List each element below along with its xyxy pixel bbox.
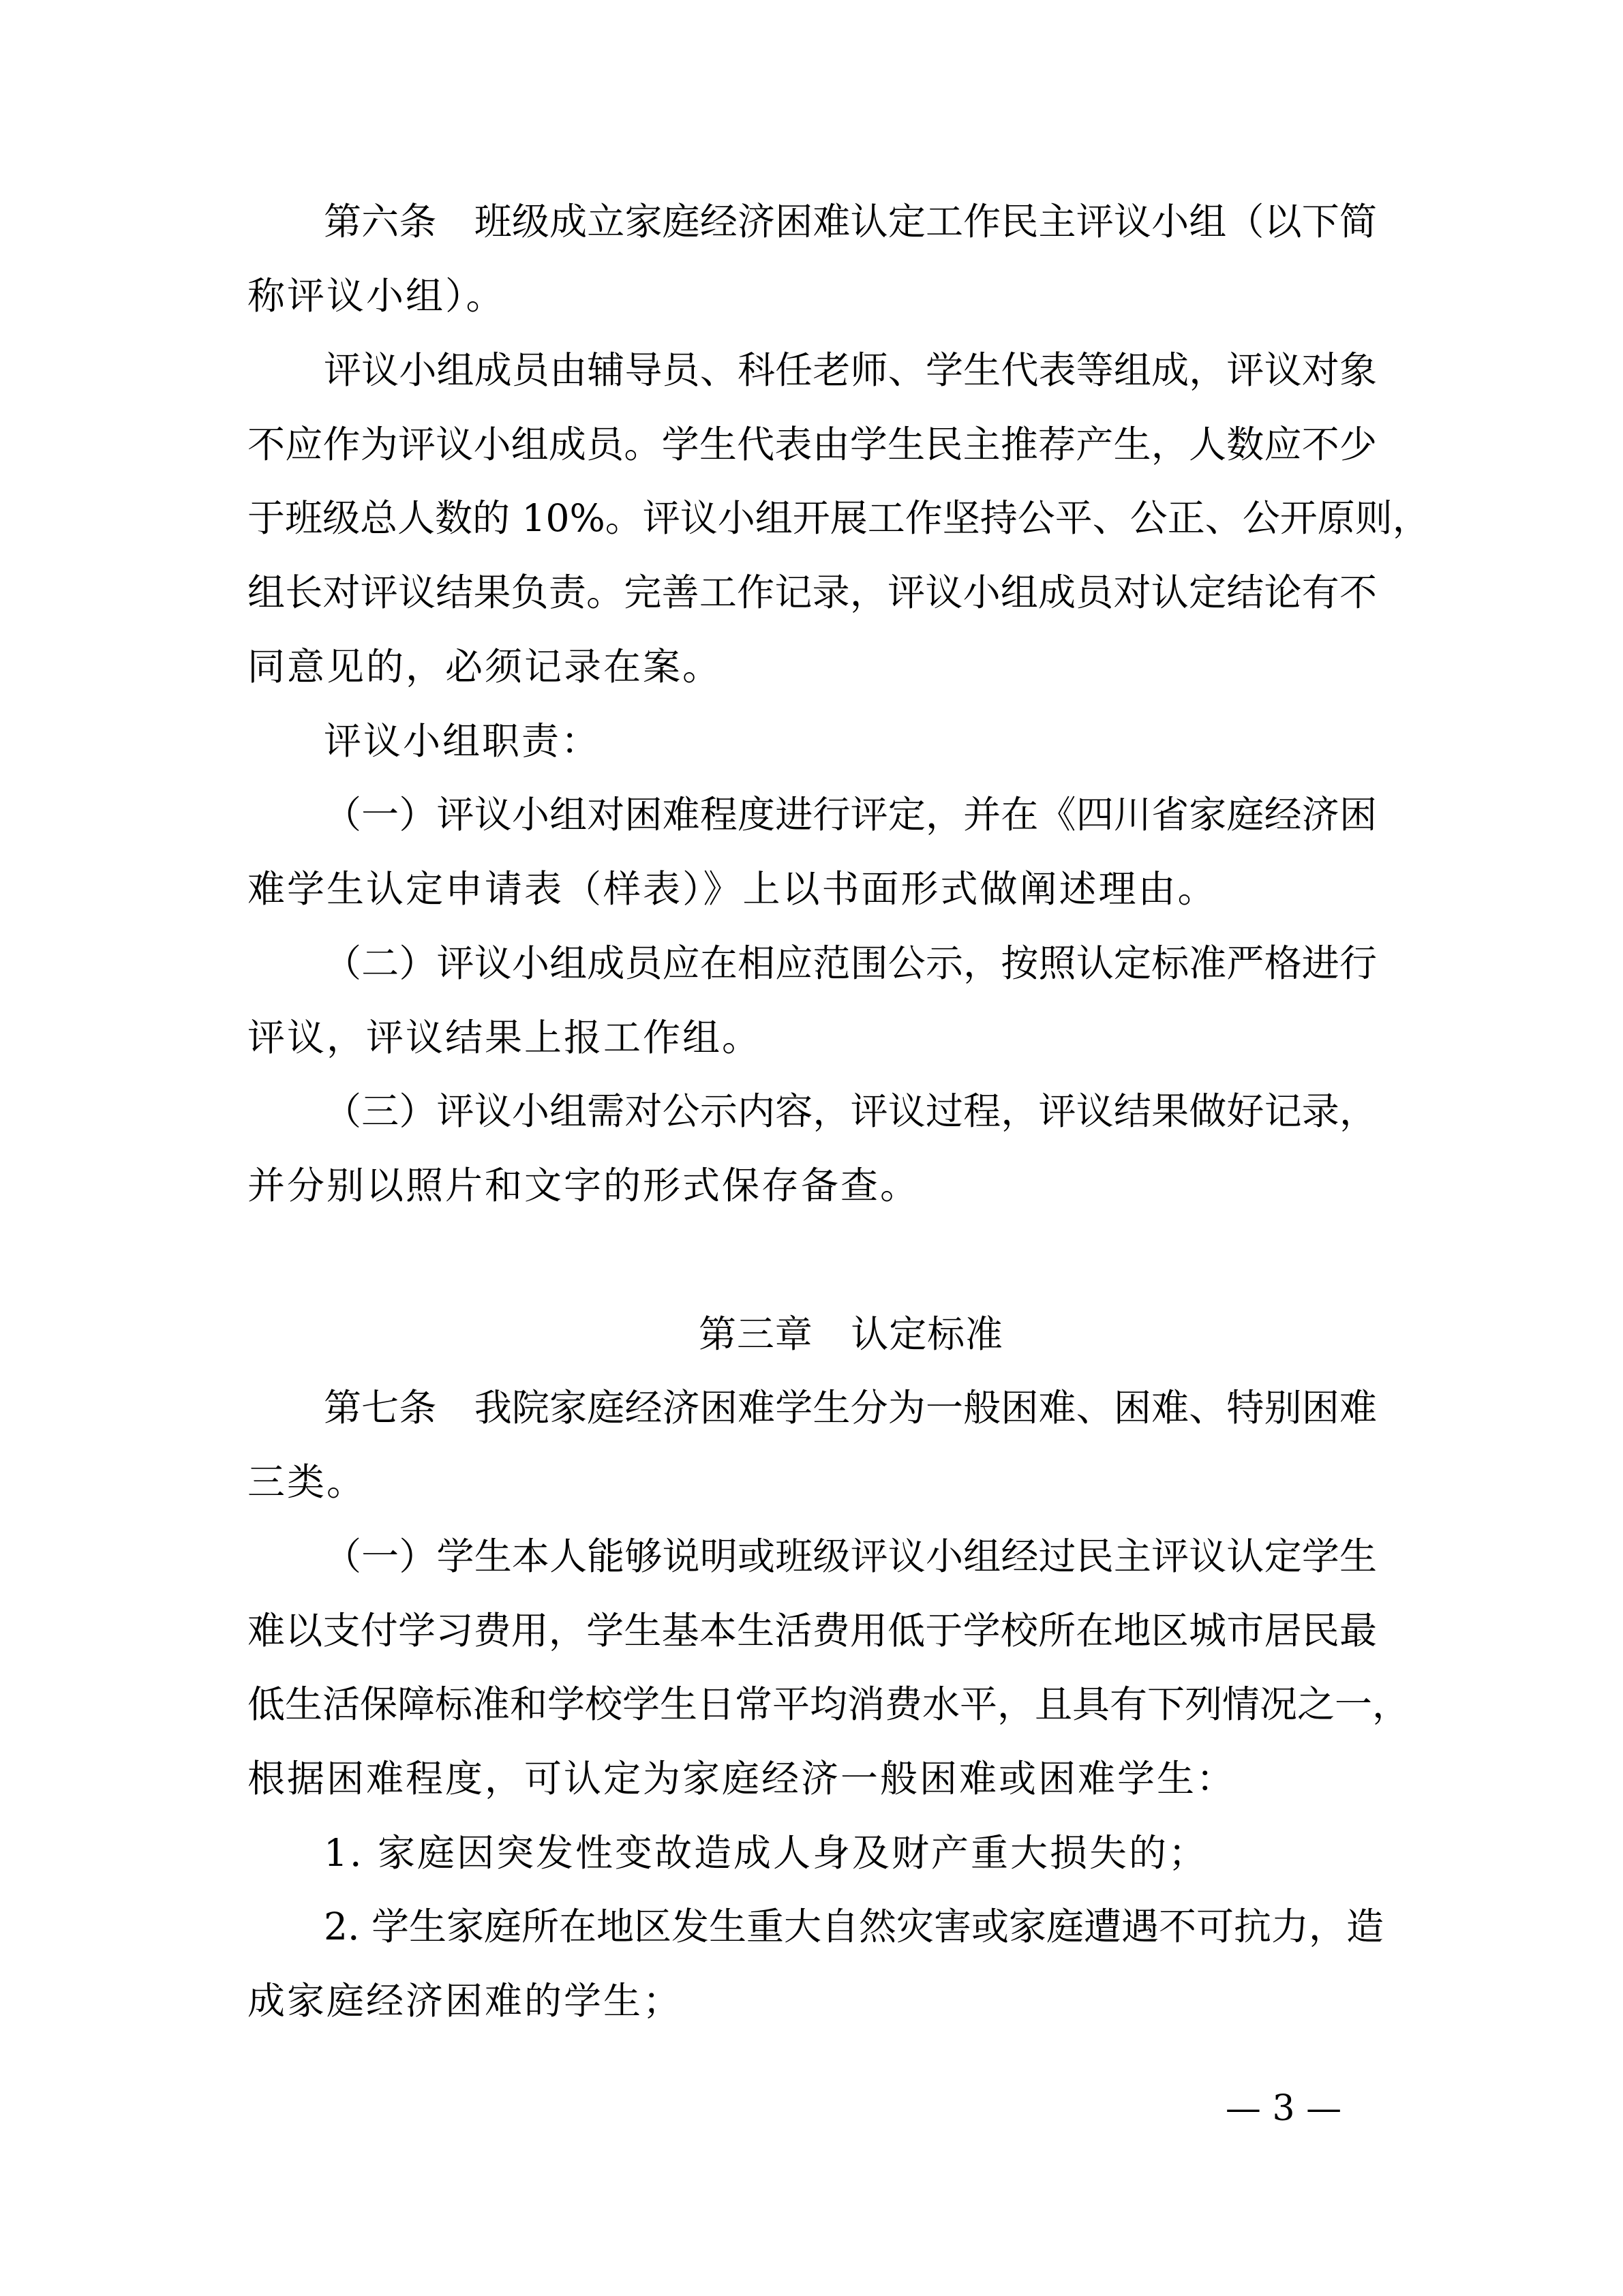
- article-6-line-2: 称评议小组）。: [247, 259, 1377, 333]
- document-page: 第六条 班级成立家庭经济困难认定工作民主评议小组（以下简 称评议小组）。 评议小…: [0, 0, 1623, 2296]
- duties-heading: 评议小组职责：: [247, 704, 1377, 778]
- paragraph-members-line-4: 组长对评议结果负责。完善工作记录，评议小组成员对认定结论有不: [247, 556, 1377, 629]
- criteria-1-line-4: 根据困难程度，可认定为家庭经济一般困难或困难学生：: [247, 1742, 1377, 1815]
- article-7-line-1: 第七条 我院家庭经济困难学生分为一般困难、困难、特别困难: [247, 1371, 1377, 1445]
- duty-1-line-1: （一）评议小组对困难程度进行评定，并在《四川省家庭经济困: [247, 778, 1377, 851]
- duty-2-line-1: （二）评议小组成员应在相应范围公示，按照认定标准严格进行: [247, 926, 1377, 1000]
- page-number: — 3 —: [1215, 2088, 1352, 2129]
- list-item-2-line-2: 成家庭经济困难的学生；: [247, 1964, 1377, 2038]
- paragraph-members-line-5: 同意见的，必须记录在案。: [247, 630, 1377, 704]
- article-6-line-1: 第六条 班级成立家庭经济困难认定工作民主评议小组（以下简: [247, 185, 1377, 258]
- chapter-heading: 第三章 认定标准: [699, 1297, 1003, 1371]
- list-item-1: 1. 家庭因突发性变故造成人身及财产重大损失的；: [247, 1816, 1377, 1890]
- duty-1-line-2: 难学生认定申请表（样表）》上以书面形式做阐述理由。: [247, 852, 1377, 926]
- criteria-1-line-3: 低生活保障标准和学校学生日常平均消费水平，且具有下列情况之一，: [247, 1667, 1377, 1741]
- paragraph-members-line-2: 不应作为评议小组成员。学生代表由学生民主推荐产生，人数应不少: [247, 408, 1377, 481]
- duty-3-line-1: （三）评议小组需对公示内容，评议过程，评议结果做好记录，: [247, 1074, 1377, 1148]
- article-7-line-2: 三类。: [247, 1445, 1377, 1519]
- paragraph-members-line-1: 评议小组成员由辅导员、科任老师、学生代表等组成，评议对象: [247, 333, 1377, 407]
- duty-2-line-2: 评议，评议结果上报工作组。: [247, 1001, 1377, 1074]
- list-item-2-line-1: 2. 学生家庭所在地区发生重大自然灾害或家庭遭遇不可抗力，造: [247, 1890, 1377, 1963]
- criteria-1-line-2: 难以支付学习费用，学生基本生活费用低于学校所在地区城市居民最: [247, 1594, 1377, 1667]
- criteria-1-line-1: （一）学生本人能够说明或班级评议小组经过民主评议认定学生: [247, 1520, 1377, 1593]
- duty-3-line-2: 并分别以照片和文字的形式保存备查。: [247, 1149, 1377, 1222]
- paragraph-members-line-3: 于班级总人数的 10%。评议小组开展工作坚持公平、公正、公开原则，: [247, 481, 1377, 555]
